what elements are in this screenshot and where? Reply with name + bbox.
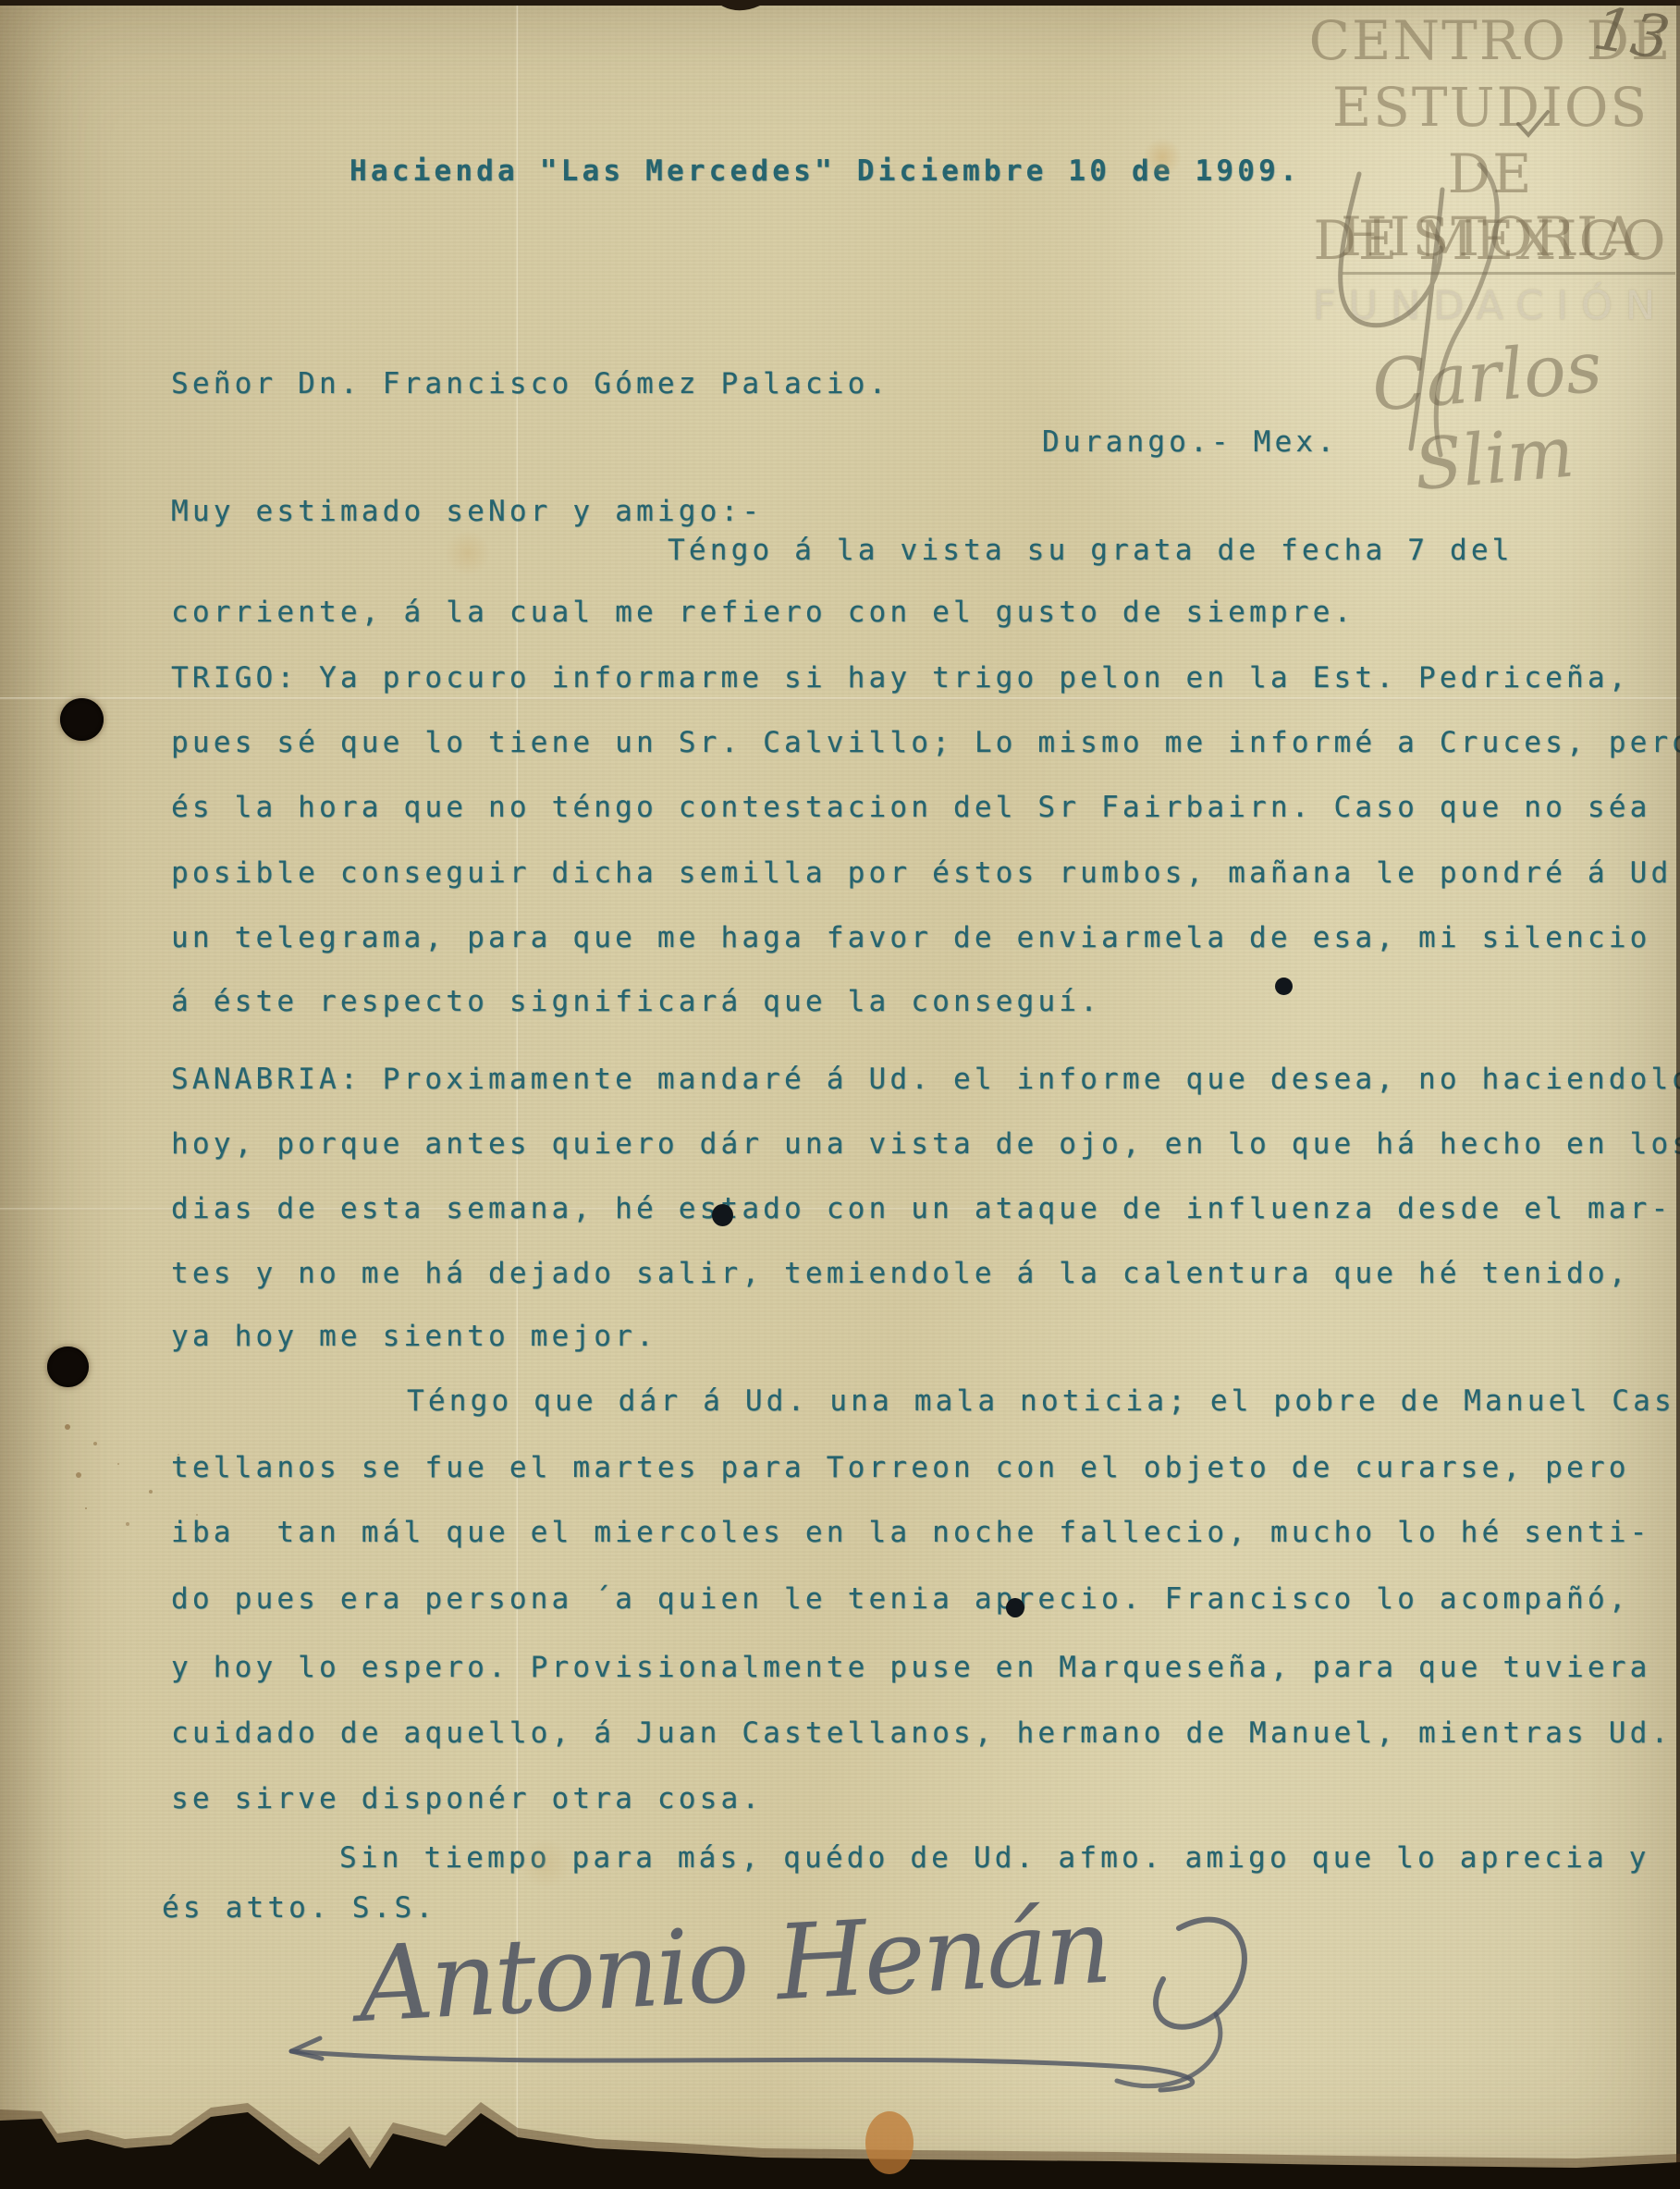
ink-dot (1275, 978, 1293, 995)
body-line: TRIGO: Ya procuro informarme si hay trig… (171, 662, 1630, 694)
dateline: Hacienda "Las Mercedes" Diciembre 10 de … (349, 155, 1301, 187)
paper-stain (444, 532, 492, 574)
letter-scan: CENTRO DE ESTUDIOS DE HISTORIA DE MEXICO… (0, 0, 1680, 2189)
body-line: tellanos se fue el martes para Torreon c… (171, 1452, 1630, 1483)
pencil-check-mark (1516, 109, 1553, 141)
body-line: Téngo que dár á Ud. una mala noticia; el… (407, 1385, 1680, 1417)
scan-edge-top (0, 0, 1680, 6)
body-line: á éste respecto significará que la conse… (171, 986, 1101, 1017)
body-line: és la hora que no téngo contestacion del… (171, 792, 1650, 823)
body-line: tes y no me há dejado salir, temiendole … (171, 1258, 1630, 1289)
sender-signature: Antonio Henán (250, 1877, 1285, 2127)
fold-crease-horizontal-1 (0, 697, 1680, 700)
scan-edge-notch (712, 0, 767, 15)
body-line: pues sé que lo tiene un Sr. Calvillo; Lo… (171, 727, 1680, 758)
body-line: un telegrama, para que me haga favor de … (171, 922, 1650, 953)
body-line: do pues era persona ´a quien le tenia ap… (171, 1583, 1630, 1615)
punch-hole (60, 698, 104, 741)
body-line: cuidado de aquello, á Juan Castellanos, … (171, 1717, 1672, 1749)
body-line: y hoy lo espero. Provisionalmente puse e… (171, 1652, 1650, 1683)
sender-signature-text: Antonio Henán (348, 1887, 1112, 2047)
body-line: se sirve disponér otra cosa. (171, 1783, 763, 1814)
salutation: Muy estimado seNor y amigo:- (171, 496, 763, 527)
body-line: Téngo á la vista su grata de fecha 7 del (668, 535, 1514, 566)
body-line: dias de esta semana, hé estado con un at… (171, 1193, 1672, 1224)
punch-hole (47, 1347, 89, 1387)
recipient-line: Señor Dn. Francisco Gómez Palacio. (171, 368, 889, 400)
body-line: corriente, á la cual me refiero con el g… (171, 596, 1355, 628)
ink-dot (1006, 1598, 1024, 1617)
body-line: hoy, porque antes quiero dár una vista d… (171, 1128, 1680, 1160)
body-line: posible conseguir dicha semilla por ésto… (171, 857, 1672, 889)
body-line: ya hoy me siento mejor. (171, 1321, 657, 1352)
foxing-speckles (65, 1424, 70, 1430)
body-line: iba tan mál que el miercoles en la noche… (171, 1517, 1650, 1548)
pencil-corner-number: 13 (1589, 0, 1674, 74)
ink-dot (712, 1204, 733, 1226)
body-line: SANABRIA: Proximamente mandaré á Ud. el … (171, 1064, 1680, 1095)
scan-edge-right (1676, 0, 1680, 2189)
watermark-line-2: ESTUDIOS (1306, 76, 1675, 139)
location-line: Durango.- Mex. (1042, 426, 1338, 458)
pencil-archive-scribble (1302, 139, 1542, 472)
closing-line: Sin tiempo para más, quédo de Ud. afmo. … (339, 1842, 1650, 1874)
torn-bottom-edge (0, 2095, 1680, 2189)
